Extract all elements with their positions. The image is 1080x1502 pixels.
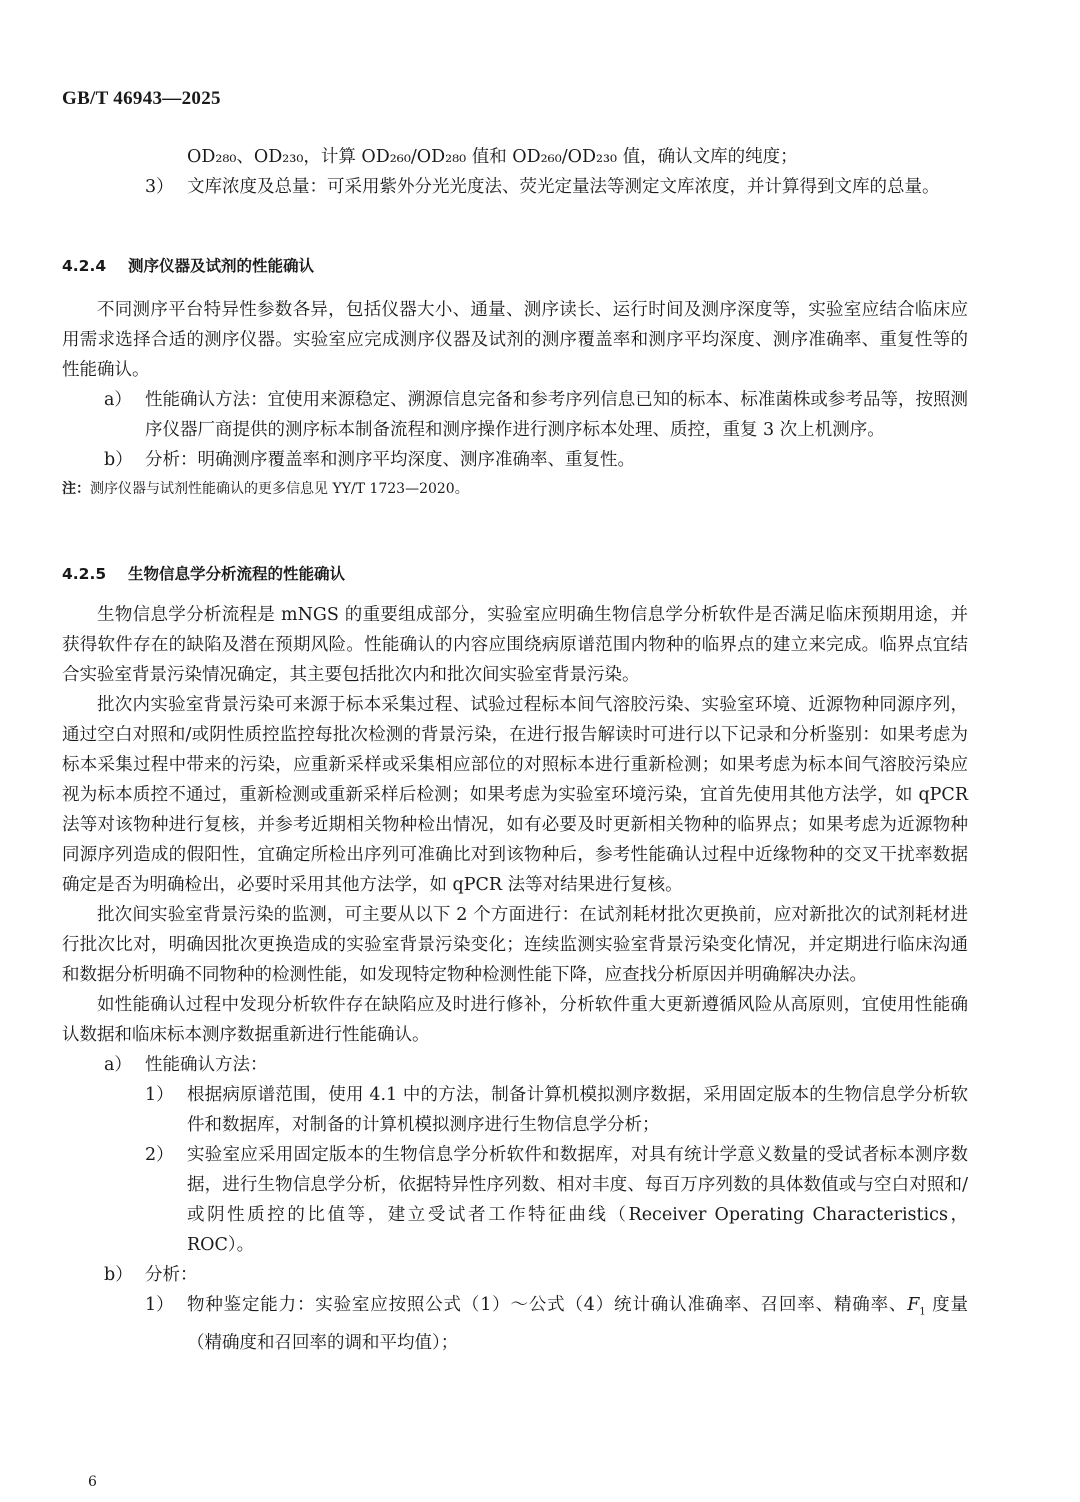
paragraph-3: 批次间实验室背景污染的监测，可主要从以下 2 个方面进行：在试剂耗材批次更换前，… <box>62 900 968 990</box>
f1-symbol: F <box>907 1295 919 1315</box>
section-title: 生物信息学分析流程的性能确认 <box>128 565 345 583</box>
list-text: 性能确认方法：宜使用来源稳定、溯源信息完备和参考序列信息已知的标本、标准菌株或参… <box>145 390 968 440</box>
list-item-a: a） 性能确认方法： <box>62 1050 968 1080</box>
section-title: 测序仪器及试剂的性能确认 <box>128 257 314 275</box>
paragraph-2: 批次内实验室背景污染可来源于标本采集过程、试验过程标本间气溶胶污染、实验室环境、… <box>62 690 968 900</box>
list-item-b: b） 分析：明确测序覆盖率和测序平均深度、测序准确率、重复性。 <box>62 445 968 475</box>
section-heading-4-2-5: 4.2.5生物信息学分析流程的性能确认 <box>62 562 345 584</box>
list-item-a-1: 1） 根据病原谱范围，使用 4.1 中的方法，制备计算机模拟测序数据，采用固定版… <box>62 1080 968 1140</box>
list-item-a-2: 2） 实验室应采用固定版本的生物信息学分析软件和数据库，对具有统计学意义数量的受… <box>62 1140 968 1260</box>
list-text: 性能确认方法： <box>145 1055 268 1075</box>
note-text: 测序仪器与试剂性能确认的更多信息见 YY/T 1723—2020。 <box>90 481 469 497</box>
section-4-2-5-body: 生物信息学分析流程是 mNGS 的重要组成部分，实验室应明确生物信息学分析软件是… <box>62 600 968 1358</box>
list-label: 1） <box>145 1080 174 1110</box>
list-text: 实验室应采用固定版本的生物信息学分析软件和数据库，对具有统计学意义数量的受试者标… <box>187 1145 968 1255</box>
list-text: 文库浓度及总量：可采用紫外分光光度法、荧光定量法等测定文库浓度，并计算得到文库的… <box>187 177 940 197</box>
paragraph-4: 如性能确认过程中发现分析软件存在缺陷应及时进行修补，分析软件重大更新遵循风险从高… <box>62 990 968 1050</box>
list-text: 根据病原谱范围，使用 4.1 中的方法，制备计算机模拟测序数据，采用固定版本的生… <box>187 1085 968 1135</box>
library-qc-continuation: OD₂₈₀、OD₂₃₀，计算 OD₂₆₀/OD₂₈₀ 值和 OD₂₆₀/OD₂₃… <box>62 142 968 202</box>
section-number: 4.2.5 <box>62 565 128 583</box>
list-label: 2） <box>145 1140 174 1170</box>
note: 注：测序仪器与试剂性能确认的更多信息见 YY/T 1723—2020。 <box>62 477 968 501</box>
list-label: a） <box>104 385 132 415</box>
page-number: 6 <box>88 1474 97 1490</box>
list-text: 物种鉴定能力：实验室应按照公式（1）～公式（4）统计确认准确率、召回率、精确率、… <box>187 1295 968 1353</box>
section-number: 4.2.4 <box>62 257 128 275</box>
standard-number: GB/T 46943—2025 <box>62 88 221 110</box>
list-text: 分析：明确测序覆盖率和测序平均深度、测序准确率、重复性。 <box>145 450 635 470</box>
list-text: 分析： <box>145 1265 198 1285</box>
list-text-pre: 物种鉴定能力：实验室应按照公式（1）～公式（4）统计确认准确率、召回率、精确率、 <box>187 1295 907 1315</box>
note-label: 注： <box>62 481 90 497</box>
section-heading-4-2-4: 4.2.4测序仪器及试剂的性能确认 <box>62 254 314 276</box>
list-item-b-1: 1） 物种鉴定能力：实验室应按照公式（1）～公式（4）统计确认准确率、召回率、精… <box>62 1290 968 1358</box>
list-label: b） <box>104 1260 133 1290</box>
list-item-b: b） 分析： <box>62 1260 968 1290</box>
list-label: b） <box>104 445 133 475</box>
list-item-a: a） 性能确认方法：宜使用来源稳定、溯源信息完备和参考序列信息已知的标本、标准菌… <box>62 385 968 445</box>
paragraph: 不同测序平台特异性参数各异，包括仪器大小、通量、测序读长、运行时间及测序深度等，… <box>62 295 968 385</box>
list-label: a） <box>104 1050 132 1080</box>
list-label: 3） <box>145 172 174 202</box>
od-ratio-line: OD₂₈₀、OD₂₃₀，计算 OD₂₆₀/OD₂₈₀ 值和 OD₂₆₀/OD₂₃… <box>62 142 968 172</box>
section-4-2-4-body: 不同测序平台特异性参数各异，包括仪器大小、通量、测序读长、运行时间及测序深度等，… <box>62 295 968 501</box>
list-item-3: 3） 文库浓度及总量：可采用紫外分光光度法、荧光定量法等测定文库浓度，并计算得到… <box>62 172 968 202</box>
paragraph-1: 生物信息学分析流程是 mNGS 的重要组成部分，实验室应明确生物信息学分析软件是… <box>62 600 968 690</box>
list-label: 1） <box>145 1290 174 1320</box>
